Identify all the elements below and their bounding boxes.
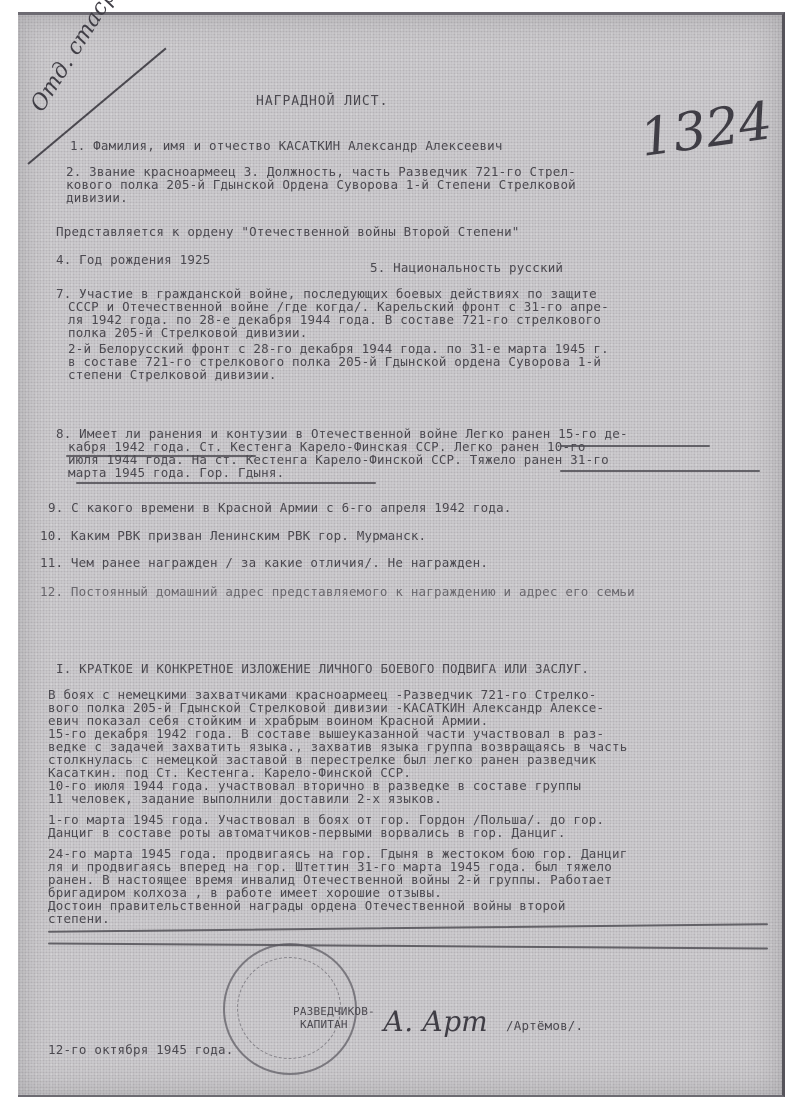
narrative-line: степени. [48,912,110,925]
section-title: I. КРАТКОЕ И КОНКРЕТНОЕ ИЗЛОЖЕНИЕ ЛИЧНОГ… [56,662,589,675]
signer-role-line1: РАЗВЕДЧИКОВ- [293,1005,375,1018]
wound-underline-1 [66,455,256,457]
award-sheet-document: Отд. стасрд 1324 НАГРАДНОЙ ЛИСТ. 1. Фами… [18,12,785,1097]
wound-underline-3 [560,470,760,472]
signer-name: /Артёмов/. [506,1019,583,1032]
field-unit: кового полка 205-й Гдынской Ордена Сувор… [66,178,576,191]
field-war-line4: полка 205-й Стрелковой дивизии. [68,326,308,339]
strike-line-2 [48,942,768,949]
signer-role-line2: КАПИТАН [300,1018,348,1031]
date-line: 12-го октября 1945 года. [48,1043,233,1056]
corner-annotation: Отд. стасрд [26,0,129,116]
narrative-line: Данциг в составе роты автоматчиков-первы… [48,826,566,839]
field-service-start: 9. С какого времени в Красной Армии с 6-… [48,501,512,514]
field-draft-office: 10. Каким РВК призван Ленинским РВК гор.… [40,529,426,542]
field-wounds-line4: марта 1945 года. Гор. Гдыня. [68,466,284,479]
wound-underline-4 [76,482,376,484]
field-previous-awards: 11. Чем ранее награжден / за какие отлич… [40,556,488,569]
narrative-line: 11 человек, задание выполнили доставили … [48,792,442,805]
field-nationality: 5. Национальность русский [370,261,563,274]
document-title: НАГРАДНОЙ ЛИСТ. [256,95,388,108]
handwritten-signature: А. Арт [383,1005,488,1038]
field-unit-cont: дивизии. [66,191,128,204]
handwritten-number: 1324 [636,91,775,169]
field-birth-year: 4. Год рождения 1925 [56,253,211,266]
strike-line-1 [48,923,768,933]
presented-for-award: Представляется к ордену "Отечественной в… [56,225,520,238]
narrative-line: Достоин правительственной награды ордена… [48,899,566,912]
field-home-address: 12. Постоянный домашний адрес представля… [40,585,635,598]
field-full-name: 1. Фамилия, имя и отчество КАСАТКИН Алек… [70,139,503,152]
field-war-line7: степени Стрелковой дивизии. [68,368,277,381]
wound-underline-2 [560,445,710,447]
